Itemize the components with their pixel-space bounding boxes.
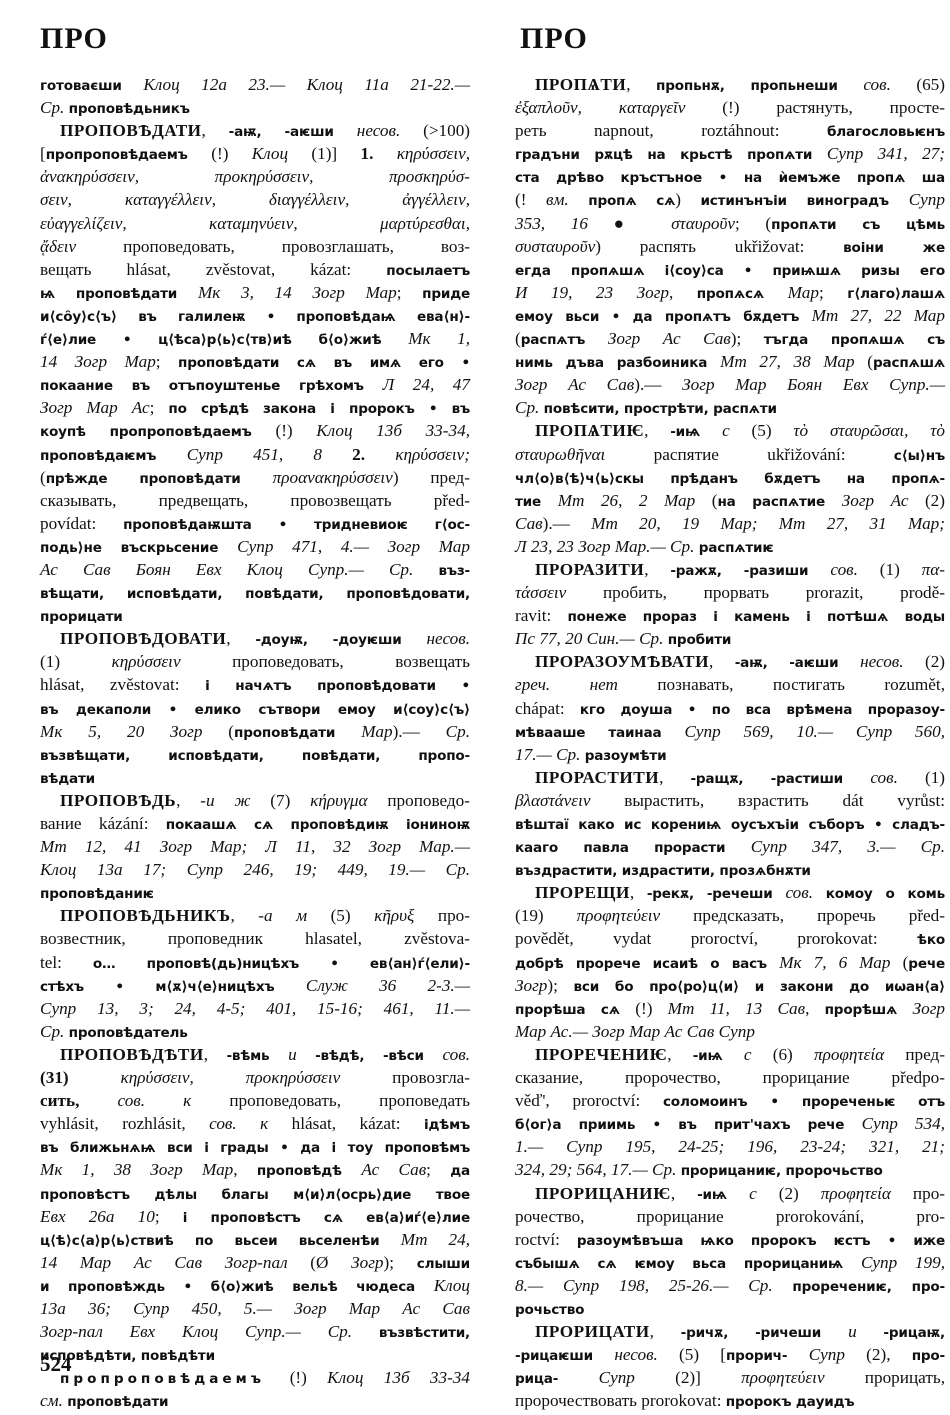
source-reference: Зогр Ас Сав: [608, 329, 731, 348]
source-reference: Клоц 13б 33-34: [327, 1368, 470, 1387]
text-run: povídat:: [40, 514, 123, 533]
entry-headword-line: ПРОРАЗИТИ, -ражѫ, -разиши сов. (1) πα-: [515, 558, 945, 581]
source-reference: Ср.: [40, 98, 69, 117]
text-run: ,: [669, 283, 697, 302]
text-run: 1.: [360, 144, 396, 163]
text-run: чл⟨о⟩в⟨ѣ⟩ч⟨ь⟩скы прѣданъ бѫдетъ на пропѧ…: [515, 471, 945, 487]
source-reference: несов.: [427, 629, 470, 648]
source-reference: σταυρωθῆναι: [515, 445, 654, 464]
entry-text-line: βλαστάνειν вырастить, взрастить dát vyrů…: [515, 789, 945, 812]
text-run: о… проповѣ(дь)ницѣхъ • ев⟨ан⟩ѓ⟨ели⟩-: [93, 956, 470, 972]
source-reference: Мк 1,: [408, 329, 470, 348]
text-run: въз-: [438, 563, 470, 579]
text-run: прорѣшѧ: [825, 1002, 913, 1018]
text-run: б⟨ог⟩а приимь • въ прит'чахъ рече: [515, 1117, 862, 1133]
source-reference: Мар: [788, 283, 819, 302]
text-run: вещать hlásat, zvěstovat, kázat:: [40, 260, 386, 279]
running-head-left: ПРО: [40, 22, 108, 56]
entry-text-line: (31) κηρύσσειν, προκηρύσσειν провозгла-: [40, 1066, 470, 1089]
entry-text-line: Ср. проповѣдьникъ: [40, 96, 470, 119]
text-run: проповѣдати: [234, 725, 361, 741]
text-run: да: [450, 1163, 470, 1179]
text-run: (>100): [423, 121, 470, 140]
text-run: (!: [515, 190, 546, 209]
entry-text-line: 13а 36; Супр 450, 5.— Зогр Мар Ас Сав: [40, 1297, 470, 1320]
source-reference: συσταυροῦν: [515, 237, 595, 256]
source-reference: Мк 5, 20 Зогр: [40, 722, 228, 741]
source-reference: Мт 27, 22 Мар: [812, 306, 945, 325]
source-reference: см.: [40, 1391, 67, 1410]
entry-headword-line: ПРОПѦТИѤ, -иѩ с (5) τὸ σταυρῶσαι, τὸ: [515, 419, 945, 442]
source-reference: сов. к: [209, 1114, 292, 1133]
text-run: (!) растянуть, простe-: [722, 98, 945, 117]
source-reference: Супр: [809, 1345, 866, 1364]
source-reference: Мт 11, 13 Сав: [668, 999, 805, 1018]
source-reference: 1.— Супр 195, 24-25; 196, 23-24; 321, 21…: [515, 1137, 945, 1156]
entry-text-line: Зогр-пал Евх Клоц Супр.— Ср. възвѣстити,: [40, 1320, 470, 1343]
text-run: пропѧсѧ: [697, 286, 788, 302]
text-run: проповѣдѣ: [257, 1163, 362, 1179]
text-run: roctví:: [515, 1230, 577, 1249]
source-reference: Мт 20, 19 Мар; Мт 27, 31 Мар;: [591, 514, 945, 533]
text-run: благословьѥнъ: [827, 124, 945, 140]
text-run: ).—: [543, 514, 592, 533]
text-run: възвѣщати, исповѣдати, повѣдати, пропо-: [40, 748, 470, 764]
right-column: ПРОПѦТИ, пропьнѫ, пропьнеши сов. (65)ἐξα…: [515, 73, 945, 1412]
source-reference: Мар Ас.— Зогр Мар Ас Сав Супр: [515, 1022, 755, 1041]
source-reference: Мт 12, 41 Зогр Мар; Л 11, 32 Зогр Мар.—: [40, 837, 470, 856]
text-run: (7): [270, 791, 310, 810]
text-run: );: [731, 329, 764, 348]
text-run: проповедовать, возвещать: [232, 652, 470, 671]
source-reference: Мт 26, 2 Мар: [558, 491, 712, 510]
source-reference: προφητεία: [821, 1184, 913, 1203]
source-reference: 8.— Супр 198, 25-26.— Ср.: [515, 1276, 792, 1295]
left-column: готоваєши Клоц 12а 23.— Клоц 11а 21-22.—…: [40, 73, 470, 1412]
source-reference: εὐαγγελίζειν, καταμηνύειν, μαρτύρεσθαι,: [40, 214, 470, 233]
text-run: въ декаполи • елико сътвори емоу и⟨соу⟩с…: [40, 702, 470, 718]
text-run: разоумѣвъша ѩко пророкъ ѥстъ • иже: [577, 1233, 945, 1249]
entry-text-line: ѩ проповѣдати Мк 3, 14 Зогр Мар; приде: [40, 281, 470, 304]
source-reference: Супр: [599, 1368, 676, 1387]
text-run: ;: [426, 1160, 450, 1179]
text-run: покаание въ отъпоуштенье грѣхомъ: [40, 378, 383, 394]
entry-text-line: ѓ⟨е⟩лие • ц⟨ѣса⟩р⟨ь⟩с⟨тв⟩иѣ б⟨о⟩жиѣ Мк 1…: [40, 327, 470, 350]
text-run: ,: [667, 1045, 692, 1064]
source-reference: Зогр Ас: [842, 491, 925, 510]
entry-text-line: готоваєши Клоц 12а 23.— Клоц 11а 21-22.—: [40, 73, 470, 96]
source-reference: несов.: [860, 652, 925, 671]
source-reference: Мк 7, 6 Мар: [779, 953, 902, 972]
text-run: ;: [155, 1207, 183, 1226]
source-reference: Клоц 13а 17; Супр 246, 19; 449, 19.— Ср.: [40, 860, 470, 879]
text-run: ,: [233, 1160, 257, 1179]
text-run: пробити: [668, 632, 731, 648]
text-run: ;: [819, 283, 847, 302]
text-run: ) распять ukřižovat:: [595, 237, 843, 256]
source-reference: 14 Зогр Мар: [40, 352, 156, 371]
entry-text-line: вѣдати: [40, 766, 470, 789]
source-reference: и: [848, 1322, 883, 1341]
text-run: нимь дъва разбоиника: [515, 355, 720, 371]
text-run: (2): [779, 1184, 821, 1203]
source-reference: Л 23, 23 Зогр Мар.— Ср.: [515, 537, 699, 556]
source-reference: сов.: [442, 1045, 470, 1064]
text-run: въ ближьнѧѩ вси і грады • да і тоу пропо…: [40, 1140, 470, 1156]
entry-text-line: въ ближьнѧѩ вси і грады • да і тоу пропо…: [40, 1135, 470, 1158]
text-run: возвестник, проповедник hlasatel, zvěsto…: [40, 929, 470, 948]
text-run: (6): [773, 1045, 814, 1064]
source-reference: προφητεύειν: [741, 1368, 865, 1387]
text-run: распѧтиѥ: [699, 540, 774, 556]
text-run: вѣщати, исповѣдати, повѣдати, проповѣдов…: [40, 586, 470, 602]
text-run: на распѧтие: [717, 494, 841, 510]
text-run: ѩ проповѣдати: [40, 286, 198, 302]
text-run: распятие ukřižování:: [654, 445, 894, 464]
text-run: (Ø: [310, 1253, 351, 1272]
text-run: -ричѫ, -ричеши: [681, 1325, 848, 1341]
entry-text-line: ста дрѣво кръстъное • на ѝемъже пропѧ ша: [515, 165, 945, 188]
text-run: прѣжде проповѣдати: [46, 471, 273, 487]
source-reference: и: [288, 1045, 315, 1064]
source-reference: Мк 1, 38 Зогр Мар: [40, 1160, 233, 1179]
text-run: (1)]: [311, 144, 360, 163]
text-run: -ражѫ, -разиши: [670, 563, 830, 579]
entry-headword-line: пропроповѣдаемъ (!) Клоц 13б 33-34: [40, 1366, 470, 1389]
headword: ПРОПОВѢДАТИ: [60, 121, 202, 140]
text-run: понеже прораз і камень і потѣшѧ воды: [567, 609, 945, 625]
text-run: про-: [912, 1348, 945, 1364]
entry-text-line: чл⟨о⟩в⟨ѣ⟩ч⟨ь⟩скы прѣданъ бѫдетъ на пропѧ…: [515, 466, 945, 489]
source-reference: Супр 13, 3; 24, 4-5; 401, 15-16; 461, 11…: [40, 999, 470, 1018]
source-reference: Пс 77, 20 Син.— Ср.: [515, 629, 668, 648]
text-run: ) пред-: [393, 468, 470, 487]
text-run: ,: [626, 75, 656, 94]
text-run: вырастить, взрастить dát vyrůst:: [624, 791, 945, 810]
headword: ПРОПОВѢДОВАТИ: [60, 629, 226, 648]
text-run: -аѭ, -аѥши: [229, 124, 357, 140]
entry-headword-line: ПРОРЕЩИ, -рекѫ, -речеши сов. комоу о ком…: [515, 881, 945, 904]
entry-text-line: 14 Зогр Мар; проповѣдати сѧ въ имѧ его •: [40, 350, 470, 373]
source-reference: Клоц 13б 33-34,: [316, 421, 470, 440]
source-reference: Зогр: [351, 1253, 383, 1272]
text-run: ,: [671, 1184, 697, 1203]
text-run: приде: [422, 286, 470, 302]
source-reference: Супр 569, 10.— Супр 560,: [684, 722, 945, 741]
text-run: -рицаѭ,: [883, 1325, 945, 1341]
text-run: слыши: [417, 1256, 470, 1272]
entry-text-line: Ср. повѣсити, прострѣти, распѧти: [515, 396, 945, 419]
source-reference: сов.: [785, 883, 825, 902]
text-run: пророчествовать prorokovat:: [515, 1391, 726, 1410]
entry-text-line: συσταυροῦν) распять ukřižovat: воіни же: [515, 235, 945, 258]
entry-text-line: εὐαγγελίζειν, καταμηνύειν, μαρτύρεσθαι,: [40, 212, 470, 235]
entry-text-line: věď', proroctví: соломоинъ • прореченьѥ …: [515, 1089, 945, 1112]
source-reference: κηρύσσειν;: [395, 445, 470, 464]
text-run: -рицаѥши: [515, 1348, 614, 1364]
text-run: ; (: [735, 214, 771, 233]
source-reference: κῆρυξ: [374, 906, 438, 925]
text-run: познавать, постигать rozumět,: [657, 675, 945, 694]
source-reference: Супр 451, 8: [187, 445, 352, 464]
entry-text-line: покаание въ отъпоуштенье грѣхомъ Л 24, 4…: [40, 373, 470, 396]
source-reference: προφητεία: [814, 1045, 905, 1064]
text-run: пропроповѣдаемъ: [46, 147, 212, 163]
source-reference: Ас Сав: [361, 1160, 426, 1179]
entry-text-line: рочьство: [515, 1297, 945, 1320]
entry-text-line: сказывать, предвещать, провозвещать před…: [40, 489, 470, 512]
text-run: про-: [913, 1184, 945, 1203]
headword: ПРОРАЗОУМѢВАТИ: [535, 652, 709, 671]
source-reference: сов.: [870, 768, 925, 787]
text-run: проповедо-: [387, 791, 470, 810]
text-run: проповедовать, проповедать: [229, 1091, 470, 1110]
entry-text-line: hlásat, zvěstovat: і начѧтъ проповѣдоват…: [40, 673, 470, 696]
text-run: (!): [275, 421, 316, 440]
text-run: вание kázání:: [40, 814, 166, 833]
text-run: -иѩ: [693, 1048, 744, 1064]
source-reference: Ср.: [515, 398, 544, 417]
entry-headword-line: ПРОПОВѢДЬ, -и ж (7) κήρυγμα проповедо-: [40, 789, 470, 812]
text-run: кго доуша • по вса врѣмена проразоу-: [580, 702, 945, 718]
source-reference: ἐξαπλοῦν, καταργεῖν: [515, 98, 722, 117]
text-run: ,: [644, 560, 670, 579]
entry-text-line: Супр 13, 3; 24, 4-5; 401, 15-16; 461, 11…: [40, 997, 470, 1020]
text-run: -аѭ, -аѥши: [735, 655, 860, 671]
entry-text-line: рочество, прорицание prorokování, pro-: [515, 1205, 945, 1228]
text-run: посылаетъ: [386, 263, 470, 279]
text-run: (2): [925, 652, 945, 671]
source-reference: τάσσειν: [515, 583, 603, 602]
headword: ПРОРЕЩИ: [535, 883, 630, 902]
source-reference: вм.: [546, 190, 588, 209]
text-run: тъгда пропѧшѧ съ: [764, 332, 945, 348]
source-reference: Клоц: [252, 144, 312, 163]
source-reference: κηρύσσειν,: [397, 144, 470, 163]
entry-text-line: 14 Мар Ас Сав Зогр-пал (Ø Зогр); слыши: [40, 1251, 470, 1274]
text-run: въздрастити, издрастити, прозѧбнѫти: [515, 863, 811, 879]
text-run: коупѣ пропроповѣдаемъ: [40, 424, 275, 440]
entry-text-line: см. проповѣдати: [40, 1389, 470, 1412]
headword: ПРОПОВѢДЬНИКЪ: [60, 906, 231, 925]
headword: ПРОПѦТИ: [535, 75, 626, 94]
text-run: провозгла-: [392, 1068, 470, 1087]
text-run: і проповѣстъ сѧ ев⟨а⟩иѓ⟨е⟩лие: [183, 1210, 470, 1226]
text-run: готоваєши: [40, 78, 143, 94]
text-run: ,: [644, 421, 670, 440]
text-run: ,: [650, 1322, 681, 1341]
entry-text-line: povídat: проповѣдаѭшта • тридневиоѥ г⟨ос…: [40, 512, 470, 535]
text-run: věď', proroctví:: [515, 1091, 663, 1110]
text-run: (19): [515, 906, 577, 925]
entry-text-line: И 19, 23 Зогр, пропѧсѧ Мар; г⟨лаго⟩лашѧ: [515, 281, 945, 304]
entry-text-line: нимь дъва разбоиника Мт 27, 38 Мар (расп…: [515, 350, 945, 373]
entry-text-line: събышѧ сѧ ѥмоу вьса прорицаниѩ Супр 199,: [515, 1251, 945, 1274]
source-reference: а м: [264, 906, 331, 925]
text-run: стѣхъ • м⟨ѫ⟩ч⟨е⟩ницѣхъ: [40, 979, 306, 995]
entry-text-line: вание kázání: покаашѧ сѧ проповѣдиѭ іони…: [40, 812, 470, 835]
entry-text-line: и проповѣждь • б⟨о⟩жиѣ вельѣ чюдеса Клоц: [40, 1274, 470, 1297]
entry-headword-line: ПРОПОВѢДЬНИКЪ, -а м (5) κῆρυξ про-: [40, 904, 470, 927]
entry-text-line: егда пропѧшѧ і⟨соу⟩са • приѩшѧ ризы его: [515, 258, 945, 281]
entry-text-line: вѣштаї како ис корениѩ оусъхъіи съборъ •…: [515, 812, 945, 835]
running-head-right: ПРО: [520, 22, 588, 56]
text-run: (2),: [866, 1345, 912, 1364]
text-run: пропроповѣдаемъ: [60, 1371, 290, 1387]
text-run: кааго павла прорасти: [515, 840, 751, 856]
text-run: мѣвааше таинаа: [515, 725, 684, 741]
entry-text-line: возвестник, проповедник hlasatel, zvěsto…: [40, 927, 470, 950]
entry-text-line: и⟨со̑у⟩с⟨ъ⟩ въ галилеѭ • проповѣдаѩ ева⟨…: [40, 304, 470, 327]
text-run: (1): [880, 560, 922, 579]
source-reference: Евх 26а 10: [40, 1207, 155, 1226]
text-run: пророкъ дауидъ: [726, 1394, 855, 1410]
entry-text-line: ravit: понеже прораз і камень і потѣшѧ в…: [515, 604, 945, 627]
text-run: -иѩ: [697, 1187, 749, 1203]
source-reference: 353, 16: [515, 214, 614, 233]
entry-text-line: градъни рѫцѣ на крьстѣ пропѧти Супр 341,…: [515, 142, 945, 165]
text-run: і начѧтъ проповѣдовати •: [205, 678, 470, 694]
text-run: сказывать, предвещать, провозвещать před…: [40, 491, 470, 510]
text-run: hlásat, zvěstovat:: [40, 675, 205, 694]
text-run: (5) [: [679, 1345, 726, 1364]
entry-text-line: Зогр Мар Ас; по срѣдѣ закона і пророкъ •…: [40, 396, 470, 419]
text-run: проповѣдатель: [69, 1025, 188, 1041]
text-run: ;: [397, 283, 422, 302]
headword: ПРОПѦТИѤ: [535, 421, 644, 440]
entry-headword-line: ПРОРИЦАТИ, -ричѫ, -ричеши и -рицаѭ,: [515, 1320, 945, 1343]
source-reference: сов. к: [118, 1091, 230, 1110]
entry-text-line: подь⟩не въскрьсение Супр 471, 4.— Зогр М…: [40, 535, 470, 558]
text-run: -ращѫ, -растиши: [690, 771, 870, 787]
source-reference: Клоц: [434, 1276, 470, 1295]
source-reference: πα-: [922, 560, 945, 579]
entry-text-line: исповѣдѣти, повѣдѣти: [40, 1343, 470, 1366]
text-run: проповѣданиѥ: [40, 886, 154, 902]
entry-headword-line: ПРОПѦТИ, пропьнѫ, пропьнеши сов. (65): [515, 73, 945, 96]
text-run: проповѣстъ дѣлы благы м⟨и⟩л⟨осрь⟩дие тво…: [40, 1187, 470, 1203]
source-reference: κηρύσσειν, προκηρύσσειν: [121, 1068, 393, 1087]
entry-text-line: Мар Ас.— Зогр Мар Ас Сав Супр: [515, 1020, 945, 1043]
entry-text-line: ἀνακηρύσσειν, προκηρύσσειν, προσκηρύσ-: [40, 165, 470, 188]
text-run: ,: [204, 1045, 227, 1064]
text-run: емоу вьси • да пропѧтъ бѫдетъ: [515, 309, 812, 325]
entry-text-line: проповѣстъ дѣлы благы м⟨и⟩л⟨осрь⟩дие тво…: [40, 1182, 470, 1205]
entry-text-line: (прѣжде проповѣдати προανακηρύσσειν) пре…: [40, 466, 470, 489]
entry-text-line: проповѣдаѥмъ Супр 451, 8 2. κηρύσσειν;: [40, 443, 470, 466]
source-reference: Служ 36 2-3.—: [306, 976, 470, 995]
text-run: пропѧти съ цѣмь: [771, 217, 945, 233]
text-run: по срѣдѣ закона і пророкъ • въ: [168, 401, 470, 417]
source-reference: 14 Мар Ас Сав Зогр-пал: [40, 1253, 310, 1272]
entry-headword-line: ПРОРАЗОУМѢВАТИ, -аѭ, -аѥши несов. (2): [515, 650, 945, 673]
entry-text-line: вѣщати, исповѣдати, повѣдати, проповѣдов…: [40, 581, 470, 604]
entry-text-line: тие Мт 26, 2 Мар (на распѧтие Зогр Ас (2…: [515, 489, 945, 512]
text-run: проповѣдати: [67, 1394, 168, 1410]
text-run: соломоинъ • прореченьѥ отъ: [663, 1094, 945, 1110]
text-run: ц⟨ѣ⟩с⟨а⟩р⟨ь⟩ствиѣ по вьсеи вьселенѣи: [40, 1233, 401, 1249]
text-run: вси бо про⟨ро⟩ц⟨и⟩ и закони до иѡан⟨а⟩: [574, 979, 946, 995]
source-reference: Супр 471, 4.— Зогр Мар: [237, 537, 470, 556]
entry-text-line: стѣхъ • м⟨ѫ⟩ч⟨е⟩ницѣхъ Служ 36 2-3.—: [40, 974, 470, 997]
source-reference: с: [722, 421, 751, 440]
text-run: ).—: [393, 722, 446, 741]
text-run: ідѣмъ: [424, 1117, 470, 1133]
entry-text-line: коупѣ пропроповѣдаемъ (!) Клоц 13б 33-34…: [40, 419, 470, 442]
text-run: ста дрѣво кръстъное • на ѝемъже пропѧ ша: [515, 170, 945, 186]
text-run: );: [384, 1253, 417, 1272]
text-run: (!): [635, 999, 667, 1018]
source-reference: Ср.: [40, 1022, 69, 1041]
entry-text-line: мѣвааше таинаа Супр 569, 10.— Супр 560,: [515, 720, 945, 743]
text-run: воіни же: [843, 240, 945, 256]
entry-text-line: (распѧтъ Зогр Ас Сав); тъгда пропѧшѧ съ: [515, 327, 945, 350]
entry-text-line: ᾄδειν проповедовать, провозглашать, воз-: [40, 235, 470, 258]
text-run: (2): [925, 491, 945, 510]
entry-text-line: chápat: кго доуша • по вса врѣмена прора…: [515, 697, 945, 720]
entry-text-line: Пс 77, 20 Син.— Ср. пробити: [515, 627, 945, 650]
entry-headword-line: ПРОПОВѢДОВАТИ, -доуѭ, -доуѥши несов.: [40, 627, 470, 650]
headword: ПРОРАСТИТИ: [535, 768, 659, 787]
text-run: пробить, прорвать prorazit, prodě-: [603, 583, 945, 602]
text-run: прорѣша сѧ: [515, 1002, 635, 1018]
text-run: ѣко: [917, 932, 945, 948]
entry-text-line: Евх 26а 10; і проповѣстъ сѧ ев⟨а⟩иѓ⟨е⟩ли…: [40, 1205, 470, 1228]
text-run: пропѧ сѧ: [588, 193, 675, 209]
entry-text-line: сить, сов. к проповедовать, проповедать: [40, 1089, 470, 1112]
text-run: -иѩ: [670, 424, 722, 440]
text-run: 2.: [352, 445, 395, 464]
entry-headword-line: ПРОРЕЧЕНИѤ, -иѩ с (6) προφητεία пред-: [515, 1043, 945, 1066]
source-reference: несов.: [614, 1345, 679, 1364]
text-run: рочьство: [515, 1302, 584, 1318]
entry-headword-line: ПРОПОВѢДѢТИ, -вѣмь и -вѣдѣ, -вѣси сов.: [40, 1043, 470, 1066]
entry-text-line: б⟨ог⟩а приимь • въ прит'чахъ рече Супр 5…: [515, 1112, 945, 1135]
text-run: (2)]: [675, 1368, 741, 1387]
text-run: тие: [515, 494, 558, 510]
source-reference: ᾄδειν: [40, 237, 123, 256]
text-run: про-: [438, 906, 470, 925]
text-run: повѣсити, прострѣти, распѧти: [544, 401, 777, 417]
entry-text-line: сказание, пророчество, прорицание předpo…: [515, 1066, 945, 1089]
entry-text-line: Зогр); вси бо про⟨ро⟩ц⟨и⟩ и закони до иѡ…: [515, 974, 945, 997]
text-run: ●: [614, 214, 671, 233]
text-run: егда пропѧшѧ і⟨соу⟩са • приѩшѧ ризы его: [515, 263, 945, 279]
entry-text-line: Зогр Ас Сав).— Зогр Мар Боян Евх Супр.—: [515, 373, 945, 396]
text-run: и проповѣждь • б⟨о⟩жиѣ вельѣ чюдеса: [40, 1279, 434, 1295]
entry-text-line: реть napnout, roztáhnout: благословьѥнъ: [515, 119, 945, 142]
entry-text-line: (1) κηρύσσειν проповедовать, возвещать: [40, 650, 470, 673]
text-run: распѧшѧ: [873, 355, 945, 371]
source-reference: Клоц 12а 23.— Клоц 11а 21-22.—: [143, 75, 470, 94]
text-run: );: [547, 976, 573, 995]
entry-text-line: tel: о… проповѣ(дь)ницѣхъ • ев⟨ан⟩ѓ⟨ели⟩…: [40, 951, 470, 974]
source-reference: Ас Сав Боян Евх Клоц Супр.— Ср.: [40, 560, 438, 579]
entry-text-line: Ср. проповѣдатель: [40, 1020, 470, 1043]
text-run: , -: [176, 791, 206, 810]
entry-headword-line: ПРОРАСТИТИ, -ращѫ, -растиши сов. (1): [515, 766, 945, 789]
source-reference: σταυροῦν: [671, 214, 735, 233]
text-run: сказание, пророчество, прорицание předpo…: [515, 1068, 945, 1087]
text-run: събышѧ сѧ ѥмоу вьса прорицаниѩ: [515, 1256, 861, 1272]
entry-text-line: 324, 29; 564, 17.— Ср. прорицаниѥ, проро…: [515, 1158, 945, 1181]
text-run: , -: [231, 906, 265, 925]
text-run: ravit:: [515, 606, 567, 625]
source-reference: с: [749, 1184, 779, 1203]
entry-text-line: 17.— Ср. разоумѣти: [515, 743, 945, 766]
entry-text-line: добрѣ прорече исаиѣ о васъ Мк 7, 6 Мар (…: [515, 951, 945, 974]
text-run: проповѣдати сѧ въ имѧ его •: [178, 355, 470, 371]
